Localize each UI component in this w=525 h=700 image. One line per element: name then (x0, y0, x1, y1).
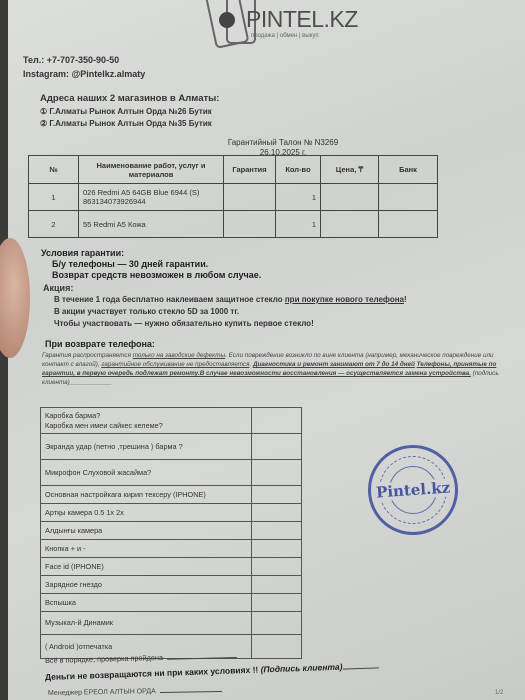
promo-line: Чтобы участвовать — нужно обязательно ку… (46, 318, 407, 330)
policy-text: Гарантия распространяется (42, 352, 133, 359)
checklist-answer-cell (252, 522, 302, 540)
return-policy: При возврате телефона: Гарантия распрост… (42, 340, 502, 387)
client-signature-label: (Подпись клиента) (260, 662, 342, 675)
table-header-row: № Наименование работ, услуг и материалов… (29, 156, 438, 184)
product-name: 026 Redmi A5 64GB Blue 6944 (S) (83, 188, 219, 197)
manager-text: Менеджер ЕРЕОЛ АЛТЫН ОРДА (48, 688, 156, 697)
instagram-handle: Instagram: @Pintelkz.almaty (23, 67, 145, 81)
checklist-row: Алдынғы камера (41, 522, 302, 540)
col-number: № (29, 156, 79, 184)
row-warranty (224, 184, 276, 211)
checklist-row: Кнопка + и - (41, 540, 302, 558)
col-qty: Кол-во (276, 156, 321, 184)
checklist-row: Основная настройкага кирип тексеру (IPHO… (41, 486, 302, 504)
return-title: При возврате телефона: (45, 340, 502, 349)
checklist-row: Каробка барма? Каробка мен имеи сайкес к… (41, 408, 302, 434)
logo-circle-icon (219, 12, 235, 28)
manager-line: Менеджер ЕРЕОЛ АЛТЫН ОРДА (48, 687, 222, 697)
table-row: 2 55 Redmi A5 Кожа 1 (29, 211, 438, 238)
checklist-question: Кнопка + и - (41, 540, 252, 558)
brand-tagline: продажа | обмен | выкуп (251, 33, 319, 39)
promo-text: В течение 1 года бесплатно наклеиваем за… (54, 295, 285, 304)
inspection-checklist: Каробка барма? Каробка мен имеи сайкес к… (40, 407, 302, 659)
no-refund-text: Деньги не возвращаются ни при каких усло… (45, 664, 261, 682)
col-warranty: Гарантия (224, 156, 276, 184)
checklist-answer-cell (252, 558, 302, 576)
stamp-text: Pintel.kz (373, 478, 452, 501)
row-bank (379, 211, 438, 238)
promo-line: В акции участвует только стекло 5D за 10… (46, 306, 407, 318)
checklist-row: Экранда удар (петно ,трешина ) барма ? (41, 434, 302, 460)
row-qty: 1 (276, 211, 321, 238)
contacts: Тел.: +7-707-350-90-50 Instagram: @Pinte… (23, 53, 145, 81)
policy-emphasis: гарантийное обслуживание не предоставляе… (101, 361, 249, 368)
promo-text: ! (404, 295, 407, 304)
checklist-answer-cell (252, 612, 302, 635)
row-name: 026 Redmi A5 64GB Blue 6944 (S) 86313407… (79, 184, 224, 211)
store-addresses: Адреса наших 2 магазинов в Алматы: ① Г.А… (40, 93, 219, 130)
checklist-question: Зарядное гнездо (41, 576, 252, 594)
address-item: ① Г.Алматы Рынок Алтын Орда №26 Бутик (40, 106, 219, 118)
warranty-document: PINTEL.KZ продажа | обмен | выкуп Тел.: … (8, 0, 525, 700)
checklist-answer-cell (252, 460, 302, 486)
address-item: ② Г.Алматы Рынок Алтын Орда №35 Бутик (40, 118, 219, 130)
conditions-title: Условия гарантии: (41, 248, 261, 259)
row-price (321, 184, 379, 211)
finger (0, 238, 30, 358)
checklist-answer-cell (252, 486, 302, 504)
checklist-answer-cell (252, 576, 302, 594)
row-bank (379, 184, 438, 211)
addresses-title: Адреса наших 2 магазинов в Алматы: (40, 93, 219, 105)
col-bank: Банк (379, 156, 438, 184)
row-number: 2 (29, 211, 79, 238)
row-name: 55 Redmi A5 Кожа (79, 211, 224, 238)
policy-emphasis: только на заводские дефекты (133, 352, 225, 359)
phone-number: Тел.: +7-707-350-90-50 (23, 53, 145, 67)
row-warranty (224, 211, 276, 238)
checklist-question: Артқы камера 0.5 1x 2x (41, 504, 252, 522)
checklist-question: Каробка барма? Каробка мен имеи сайкес к… (41, 408, 252, 434)
page-number: 1/2 (495, 690, 503, 696)
promo-section: Акция: В течение 1 года бесплатно наклеи… (46, 282, 407, 330)
col-name: Наименование работ, услуг и материалов (79, 156, 224, 184)
checklist-question: Алдынғы камера (41, 522, 252, 540)
policy-bold: Диагностика и ремонт занимают от 7 до 14… (253, 361, 415, 368)
checklist-answer-cell (252, 594, 302, 612)
checklist-answer-cell (252, 635, 302, 659)
signature-line (343, 667, 379, 669)
checklist-row: Зарядное гнездо (41, 576, 302, 594)
row-price (321, 211, 379, 238)
product-serial: 863134073926944 (83, 197, 219, 206)
checklist-question: Face id (IPHONE) (41, 558, 252, 576)
conditions-line: Б/у телефоны — 30 дней гарантии. (41, 259, 261, 270)
conditions-line: Возврат средств невозможен в любом случа… (41, 270, 261, 281)
promo-emphasis: при покупке нового телефона (285, 295, 404, 304)
check-passed-text: Всё в порядке, проверка пройдена (45, 653, 163, 665)
col-price: Цена, ₸ (321, 156, 379, 184)
company-stamp: Pintel.kz (368, 445, 458, 535)
checklist-answer-cell (252, 434, 302, 460)
items-table: № Наименование работ, услуг и материалов… (28, 155, 438, 238)
checklist-question: Музыкал-й Динамик (41, 612, 252, 635)
checklist-question: Микрофон Слуховой жасайма? (41, 460, 252, 486)
checklist-row: Артқы камера 0.5 1x 2x (41, 504, 302, 522)
warranty-conditions: Условия гарантии: Б/у телефоны — 30 дней… (41, 248, 261, 281)
promo-line: В течение 1 года бесплатно наклеиваем за… (46, 294, 407, 306)
checklist-answer-cell (252, 408, 302, 434)
checklist-row: Микрофон Слуховой жасайма? (41, 460, 302, 486)
logo: PINTEL.KZ продажа | обмен | выкуп (208, 0, 368, 50)
signature-line (167, 657, 237, 660)
ticket-title: Гарантийный Талон № N3269 (183, 138, 383, 148)
checklist-answer-cell (252, 540, 302, 558)
checklist-row: Музыкал-й Динамик (41, 612, 302, 635)
checklist-question: Вспышка (41, 594, 252, 612)
checklist-answer-cell (252, 504, 302, 522)
brand-name: PINTEL.KZ (246, 6, 358, 33)
promo-title: Акция: (43, 282, 407, 294)
row-number: 1 (29, 184, 79, 211)
table-row: 1 026 Redmi A5 64GB Blue 6944 (S) 863134… (29, 184, 438, 211)
checklist-question: Основная настройкага кирип тексеру (IPHO… (41, 486, 252, 504)
checklist-question: Экранда удар (петно ,трешина ) барма ? (41, 434, 252, 460)
signature-line (160, 691, 222, 693)
checklist-row: Face id (IPHONE) (41, 558, 302, 576)
checklist-row: Вспышка (41, 594, 302, 612)
return-text: Гарантия распространяется только на заво… (42, 351, 502, 387)
row-qty: 1 (276, 184, 321, 211)
